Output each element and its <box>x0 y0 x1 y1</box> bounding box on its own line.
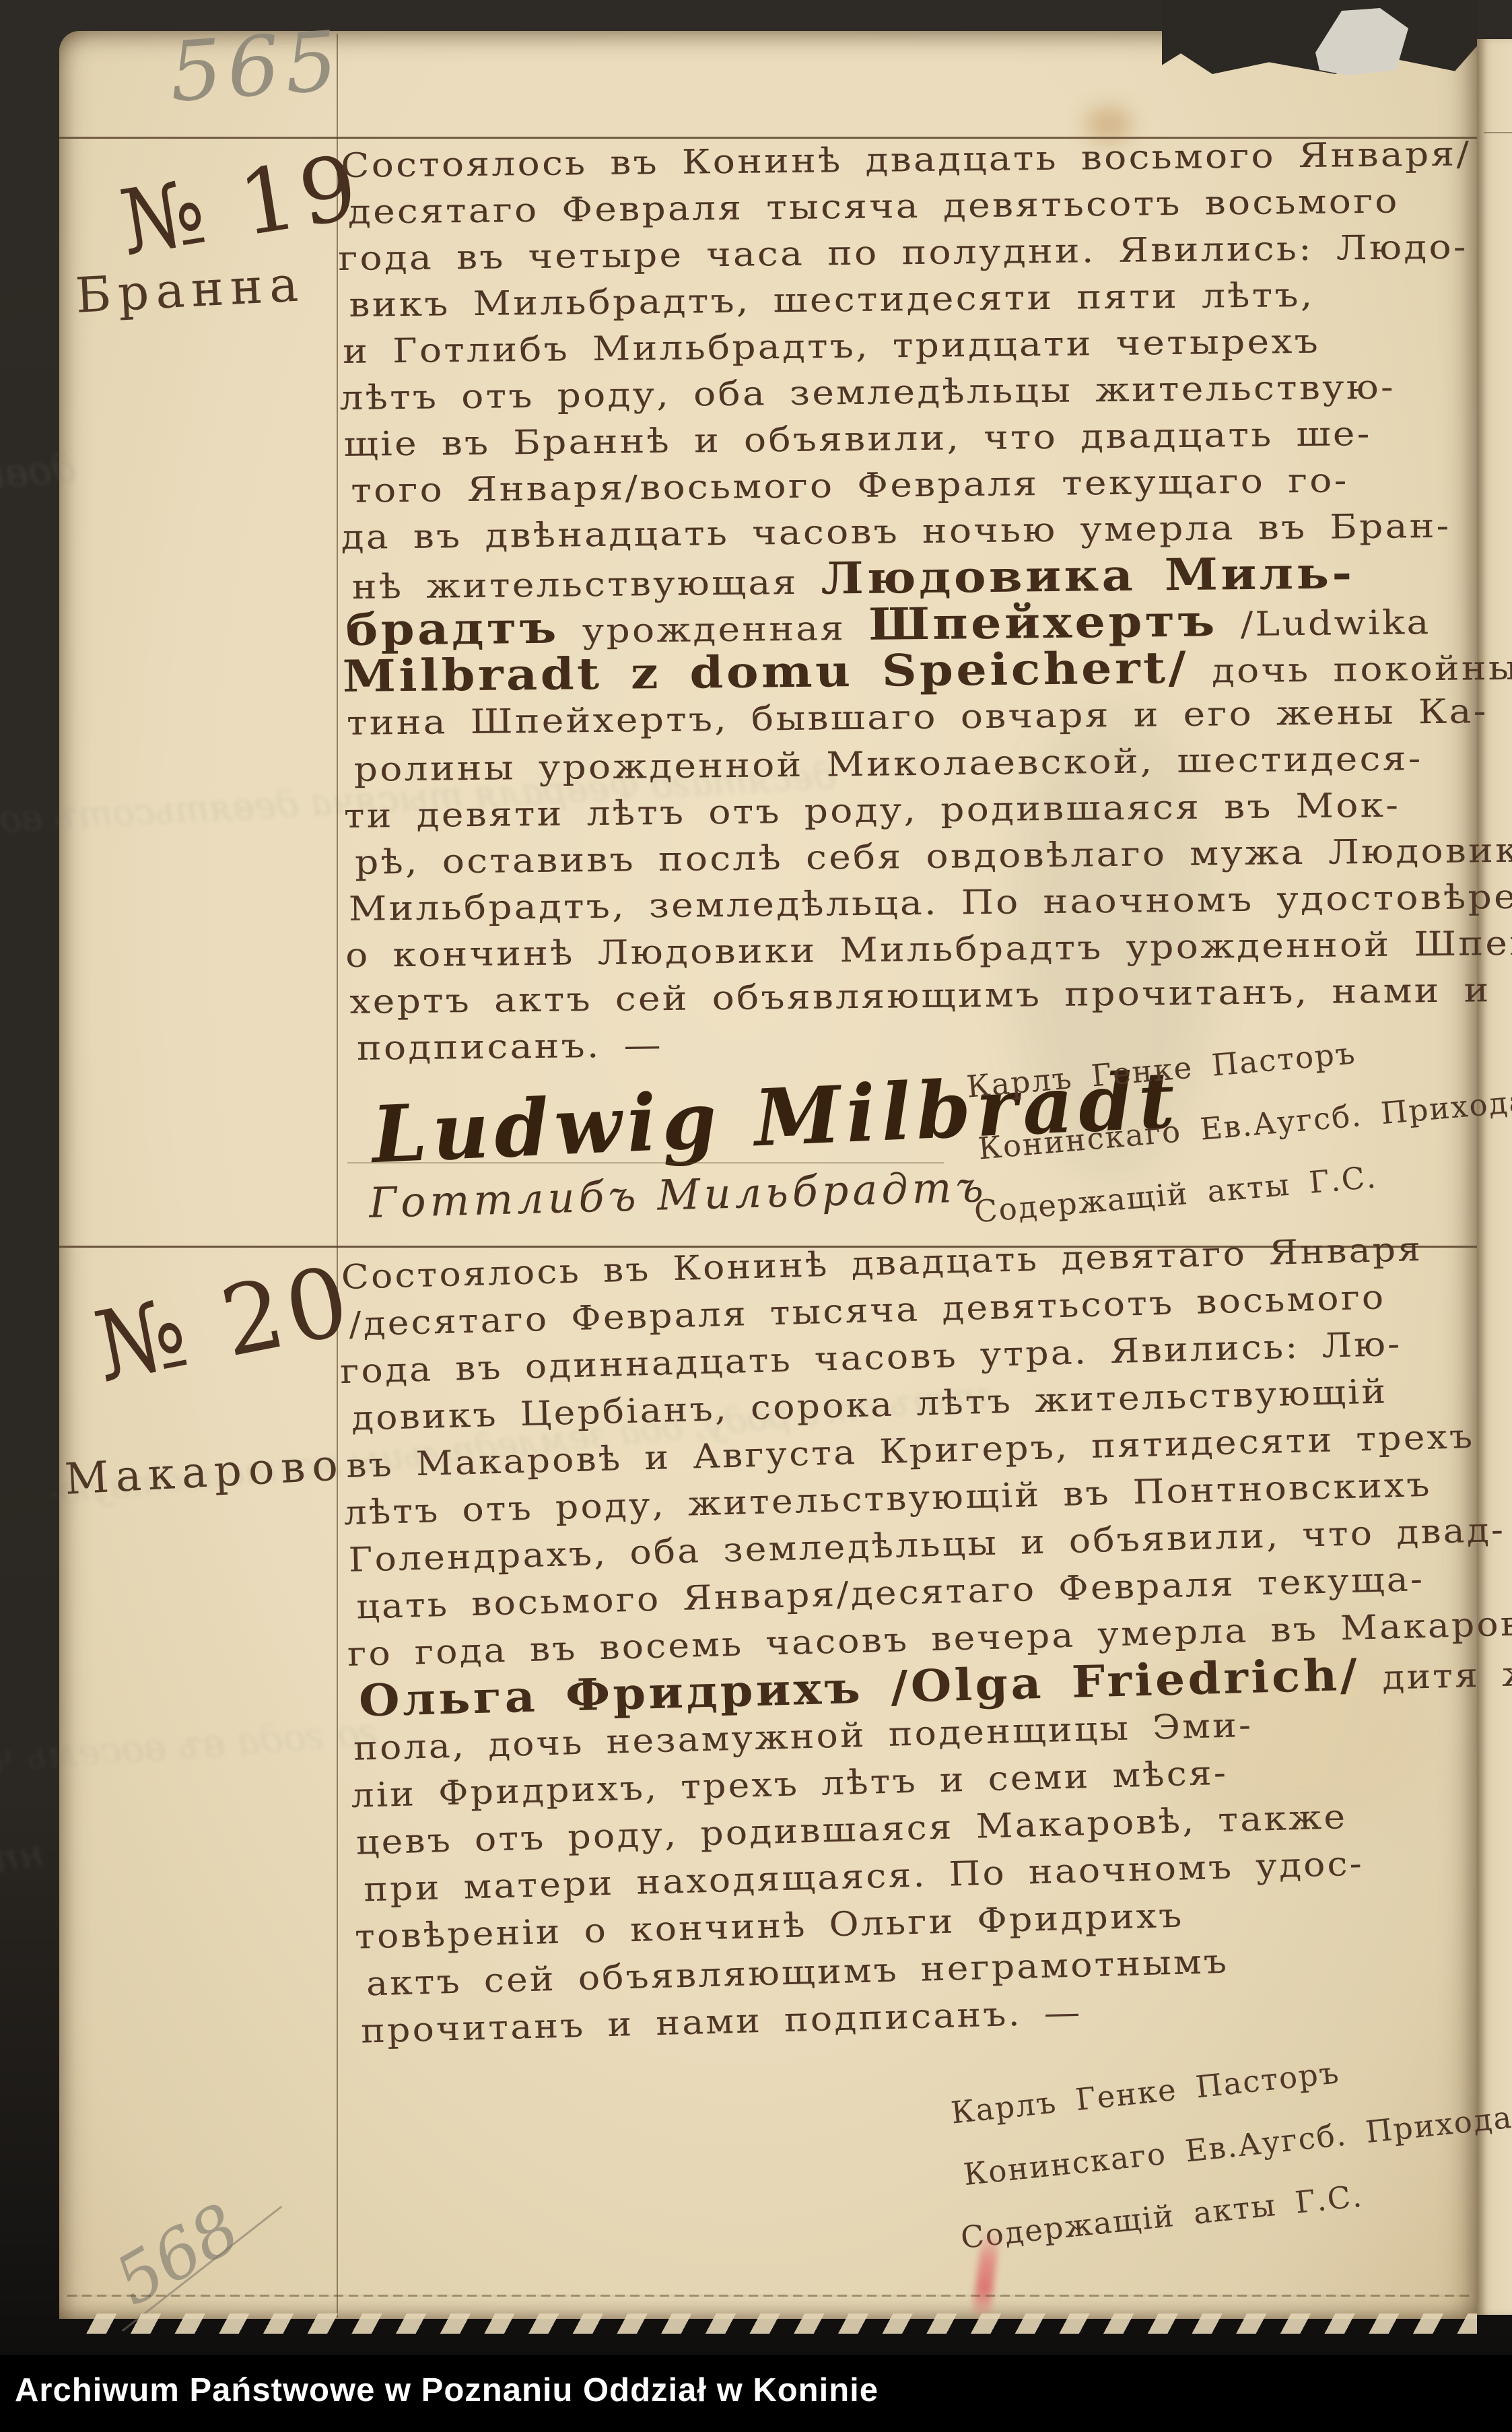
archive-caption-text: Archiwum Państwowe w Poznaniu Oddział w … <box>15 2371 879 2409</box>
archive-caption-bar: Archiwum Państwowe w Poznaniu Oddział w … <box>0 2355 1512 2432</box>
record-text: Состоялось въ Конинѣ двадцать девятаго Я… <box>341 1221 1512 2054</box>
folio-number-pencil: 565 <box>166 13 345 121</box>
bottom-stitch-line <box>67 2295 1470 2297</box>
torn-bottom-edge <box>81 2313 1477 2334</box>
signature-ruled-line <box>347 1162 944 1163</box>
registry-scan-page: довикъ Цербіанъ, сорока лѣтъ жительствую… <box>0 0 1512 2432</box>
record-text: Состоялось въ Конинѣ двадцать восьмого Я… <box>341 129 1512 1072</box>
record-place-label: Бранна <box>74 255 306 324</box>
bleedthrough-text: нѣ жительствующая *Людовика Миль-* <box>0 1831 46 1992</box>
margin-vertical-rule <box>337 34 338 2318</box>
